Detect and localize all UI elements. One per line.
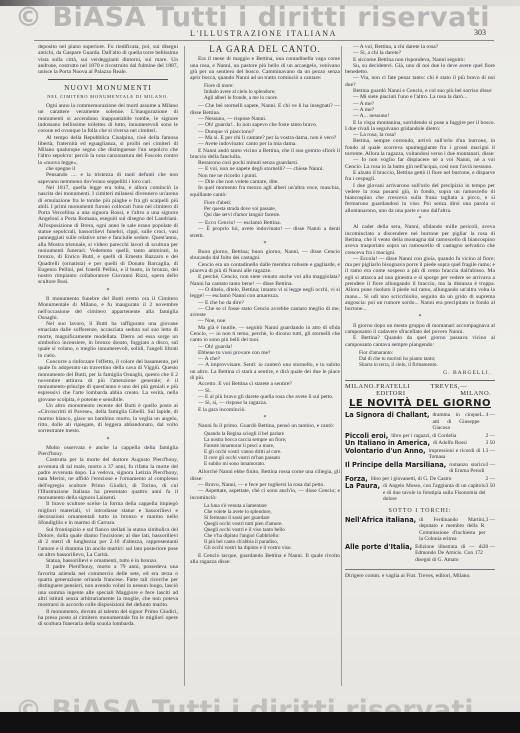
paragraph: E Nanni andò tanto vicino a Bettina, che… — [190, 148, 340, 161]
section-rule — [48, 79, 168, 80]
paragraph: Al cader della sera, Nanni, sfidando mil… — [345, 224, 495, 255]
book-title: Volontario d'un Anno, — [345, 448, 426, 461]
column-2: LA GARA DEL CANTO. Era il mese di maggio… — [190, 44, 340, 566]
paragraph: E Bettina? Quando da quel giorno passava… — [345, 335, 495, 348]
book-item: Il Principe della Marsiliana,romanzo sto… — [345, 462, 495, 475]
newspaper-page: © BiASA Tutti i diritti riservati L'ILLU… — [0, 0, 520, 712]
paragraph: Ogni anno la commemorazione dei morti as… — [38, 103, 178, 134]
paragraph: Un altro monumento recente del Butti è q… — [38, 403, 178, 434]
section-star: * — [345, 314, 495, 320]
book-price: 2 — — [486, 476, 495, 483]
paragraph: Costrutta per la morte del dottore Augus… — [38, 457, 178, 501]
verse-block: La luna s'è venuta a lamentareChe volete… — [190, 503, 340, 551]
paragraph: Il giorno dopo un mesto gruppo di montan… — [345, 323, 495, 336]
column-1: deposito nel piano superiore. Fu riedifi… — [38, 44, 178, 627]
paragraph: E perchè, Cencio, non siete venuto anche… — [190, 274, 340, 287]
verse-block: Fior d'amaranto:Dal dì che tu moristi ho… — [345, 350, 495, 368]
book-description: Edizione illustrata di — di Edmondo De A… — [415, 544, 483, 564]
paragraph: — E voi, non ne sapete degli stornelli? … — [190, 166, 340, 172]
book-title: Nell'Africa italiana, — [345, 517, 416, 543]
story-body: Era il mese di maggio e Bettina, una con… — [190, 56, 340, 565]
book-description: di Angelo Mosso, con l'aggiunta di un ca… — [383, 483, 486, 503]
book-title: Un Italiano in America, — [345, 440, 430, 447]
paragraph: Era il mese di maggio e Bettina, una con… — [190, 56, 340, 81]
publisher-city: — MILANO. — [460, 384, 495, 397]
book-price: 3 — — [486, 448, 495, 461]
verse-line: E subito mi sono innamorato. — [204, 461, 340, 467]
verse-block: Fiore di more:Imbalo avete al cielo lo s… — [190, 83, 340, 101]
paragraph: E Cencio tacque, guardando Bettina e Nan… — [190, 553, 340, 566]
paragraph: Il monumento funebre del Butti eretto or… — [38, 296, 178, 321]
verse-line: Qui due servi d'amor languir faceste. — [204, 212, 340, 218]
section-star: * — [190, 415, 340, 421]
book-list: La Signora di Challant,dramma in cinque … — [345, 412, 495, 503]
section-star: * — [190, 241, 340, 247]
article-body: Molto osservata è anche la cappella dell… — [38, 445, 178, 628]
publisher-name: FRATELLI TREVES, EDITORI — [376, 384, 460, 397]
section-star: * — [38, 288, 178, 294]
verse-line: Gli occhi vostri ha dipinto e il vostro … — [204, 545, 340, 551]
book-list: Nell'Africa italiana,di Ferdinando Marti… — [345, 517, 495, 564]
paragraph: Nel suo lavoro, il Butti ha raffigurato … — [38, 321, 178, 359]
book-price: 2 — — [486, 433, 495, 440]
column-3: — A voi, Bettina, a chi darete la rosa?—… — [345, 44, 495, 580]
paragraph: I due giovani arrivarono sull'orlo del p… — [345, 183, 495, 214]
intro-paragraph: deposito nel piano superiore. Fu riedifi… — [38, 44, 178, 75]
paragraph: Allorchè Nanni ebbe finito, Bettina ross… — [190, 469, 340, 482]
article-body: Il monumento funebre del Butti eretto or… — [38, 296, 178, 435]
book-title: La Paura, — [345, 483, 380, 503]
paragraph: Nanni fu il primo. Guardò Bettina, pensò… — [190, 423, 340, 429]
paragraph: Pensando .... e la tristezza di tanti de… — [38, 172, 178, 185]
paragraph: — Via, non ci fate penar tanto: chi è st… — [345, 75, 495, 88]
book-item: Alle porte d'Italia,Edizione illustrata … — [345, 544, 495, 564]
verse-line: Sbarra in terra, il cielo, il firmamento… — [359, 362, 495, 368]
book-item: Un Italiano in America,di Adolfo Rossi3 … — [345, 440, 495, 447]
book-price: 3 50 — [486, 483, 495, 503]
book-price: 3 — — [486, 462, 495, 475]
author-signature: G. BARGELLI. — [345, 370, 491, 376]
book-item: La Paura,di Angelo Mosso, con l'aggiunta… — [345, 483, 495, 503]
running-head: L'ILLUSTRAZIONE ITALIANA — [190, 29, 337, 38]
paragraph: Il monumento, dovuto al talento del sign… — [38, 609, 178, 628]
paragraph: Su, su decidetevi. Già, uno di noi due l… — [345, 63, 495, 76]
verse-block: Quando la Regina sciogli il bel parlareL… — [190, 431, 340, 467]
section-star: * — [38, 437, 178, 443]
page-number: 303 — [474, 28, 486, 37]
story-title: LA GARA DEL CANTO. — [190, 46, 340, 52]
book-title: La Signora di Challant, — [345, 412, 429, 432]
paragraph: Il bravo scultore scelse la forma della … — [38, 501, 178, 526]
paragraph: — O ditelo, ditelo, Bettina; intanto vi … — [190, 287, 340, 300]
book-description: impressioni e ricordi di I. Tomasa — [429, 448, 486, 461]
paragraph: Cencio era un contadinello dalle membra … — [190, 262, 340, 275]
section-subtitle: NEL CIMITERO MONUMENTALE DI MILANO. — [38, 94, 178, 100]
paragraph: Concorre a rinforzare l'effetto, il colo… — [38, 359, 178, 403]
column-divider — [341, 46, 342, 686]
book-price: 20 — — [483, 544, 495, 564]
paragraph: E la gara incominciò. — [190, 407, 340, 413]
paragraph: — Che se ci fosse stato Cencio avrebbe c… — [190, 306, 340, 319]
book-description: romanzo storico di Emma Perodi — [449, 462, 485, 475]
paragraph: — Eccola! — disse Nanni con gioia, quand… — [345, 256, 495, 313]
verse-line: Agli alberi le fronde, a me lo cuore. — [204, 95, 340, 101]
paragraph: E la vispa montanina, sorridendo si pose… — [345, 120, 495, 133]
paragraph: E alzato il braccio, Bettina gettò il fi… — [345, 170, 495, 183]
section-star: * — [345, 216, 495, 222]
book-description: di Adolfo Rossi — [433, 440, 486, 447]
novita-heading: LE NOVITÀ DEL GIORNO — [345, 401, 495, 407]
book-price: 3 — — [486, 517, 495, 543]
book-description: di Ferdinando Martini, deputato e membro… — [419, 517, 485, 543]
paragraph: Bettina, sempre correndo, arrivò sull'or… — [345, 138, 495, 157]
paragraph: — È proprio lui, avete indovinato! — dis… — [190, 226, 340, 239]
book-item: Nell'Africa italiana,di Ferdinando Marti… — [345, 517, 495, 543]
paragraph: — Io non voglio far dispiacere nè a voi … — [345, 157, 495, 170]
scan-bottom-bar — [0, 712, 520, 733]
verse-block: Fiore d'abeti:Per questa strada dove voi… — [190, 200, 340, 218]
paragraph: Al tempo della Repubblica Cisalpina, cio… — [38, 135, 178, 166]
story-body: — A voi, Bettina, a chi darete la rosa?—… — [345, 44, 495, 368]
book-description: dramma in cinque atti di Giuseppe Giacos… — [432, 412, 479, 432]
paragraph: Il padre Pierd'houy, morto a 79 anni, po… — [38, 564, 178, 608]
article-body: Ogni anno la commemorazione dei morti as… — [38, 103, 178, 286]
book-price: 3 50 — [486, 440, 495, 447]
header-rule — [34, 40, 494, 41]
section-title: NUOVI MONUMENTI — [38, 85, 178, 91]
paragraph: Nel 1817, quella legge era tolta, e allo… — [38, 185, 178, 286]
column-divider — [184, 46, 185, 686]
book-price: L. 4 — — [480, 412, 495, 432]
paragraph: Molto osservata è anche la cappella dell… — [38, 445, 178, 458]
paragraph: In quel momento fra mezzo agli alberi un… — [190, 185, 340, 198]
publisher-city: MILANO. — [345, 384, 376, 397]
book-description: libro per i giovanetti, di G. De Castro — [371, 476, 486, 483]
paragraph: Ma già è inutile, — seguitò Nanni guarda… — [190, 325, 340, 344]
sotto-torchi-heading: SOTTO I TORCHI: — [345, 508, 495, 514]
publisher-line: MILANO. FRATELLI TREVES, EDITORI — MILAN… — [345, 380, 495, 397]
paragraph: — Aspettate, aspettate, chè ci sono anch… — [190, 488, 340, 501]
paragraph: Buon giorno, Bettina; buon giorno, Nanni… — [190, 249, 340, 262]
paragraph: — A improvvisare. Senti: io canterò uno … — [190, 362, 340, 381]
book-item: Volontario d'un Anno,impressioni e ricor… — [345, 448, 495, 461]
paragraph: — Che bei stornelli sapete, Nanni. E chi… — [190, 103, 340, 116]
paragraph: Sul frontispizio e sul fianco stellati l… — [38, 527, 178, 558]
book-title: Alle porte d'Italia, — [345, 544, 412, 564]
book-item: La Signora di Challant,dramma in cinque … — [345, 412, 495, 432]
order-instructions: Dirigere comm. e vaglia ai Frat. Treves,… — [345, 569, 495, 579]
book-title: Il Principe della Marsiliana, — [345, 462, 446, 475]
